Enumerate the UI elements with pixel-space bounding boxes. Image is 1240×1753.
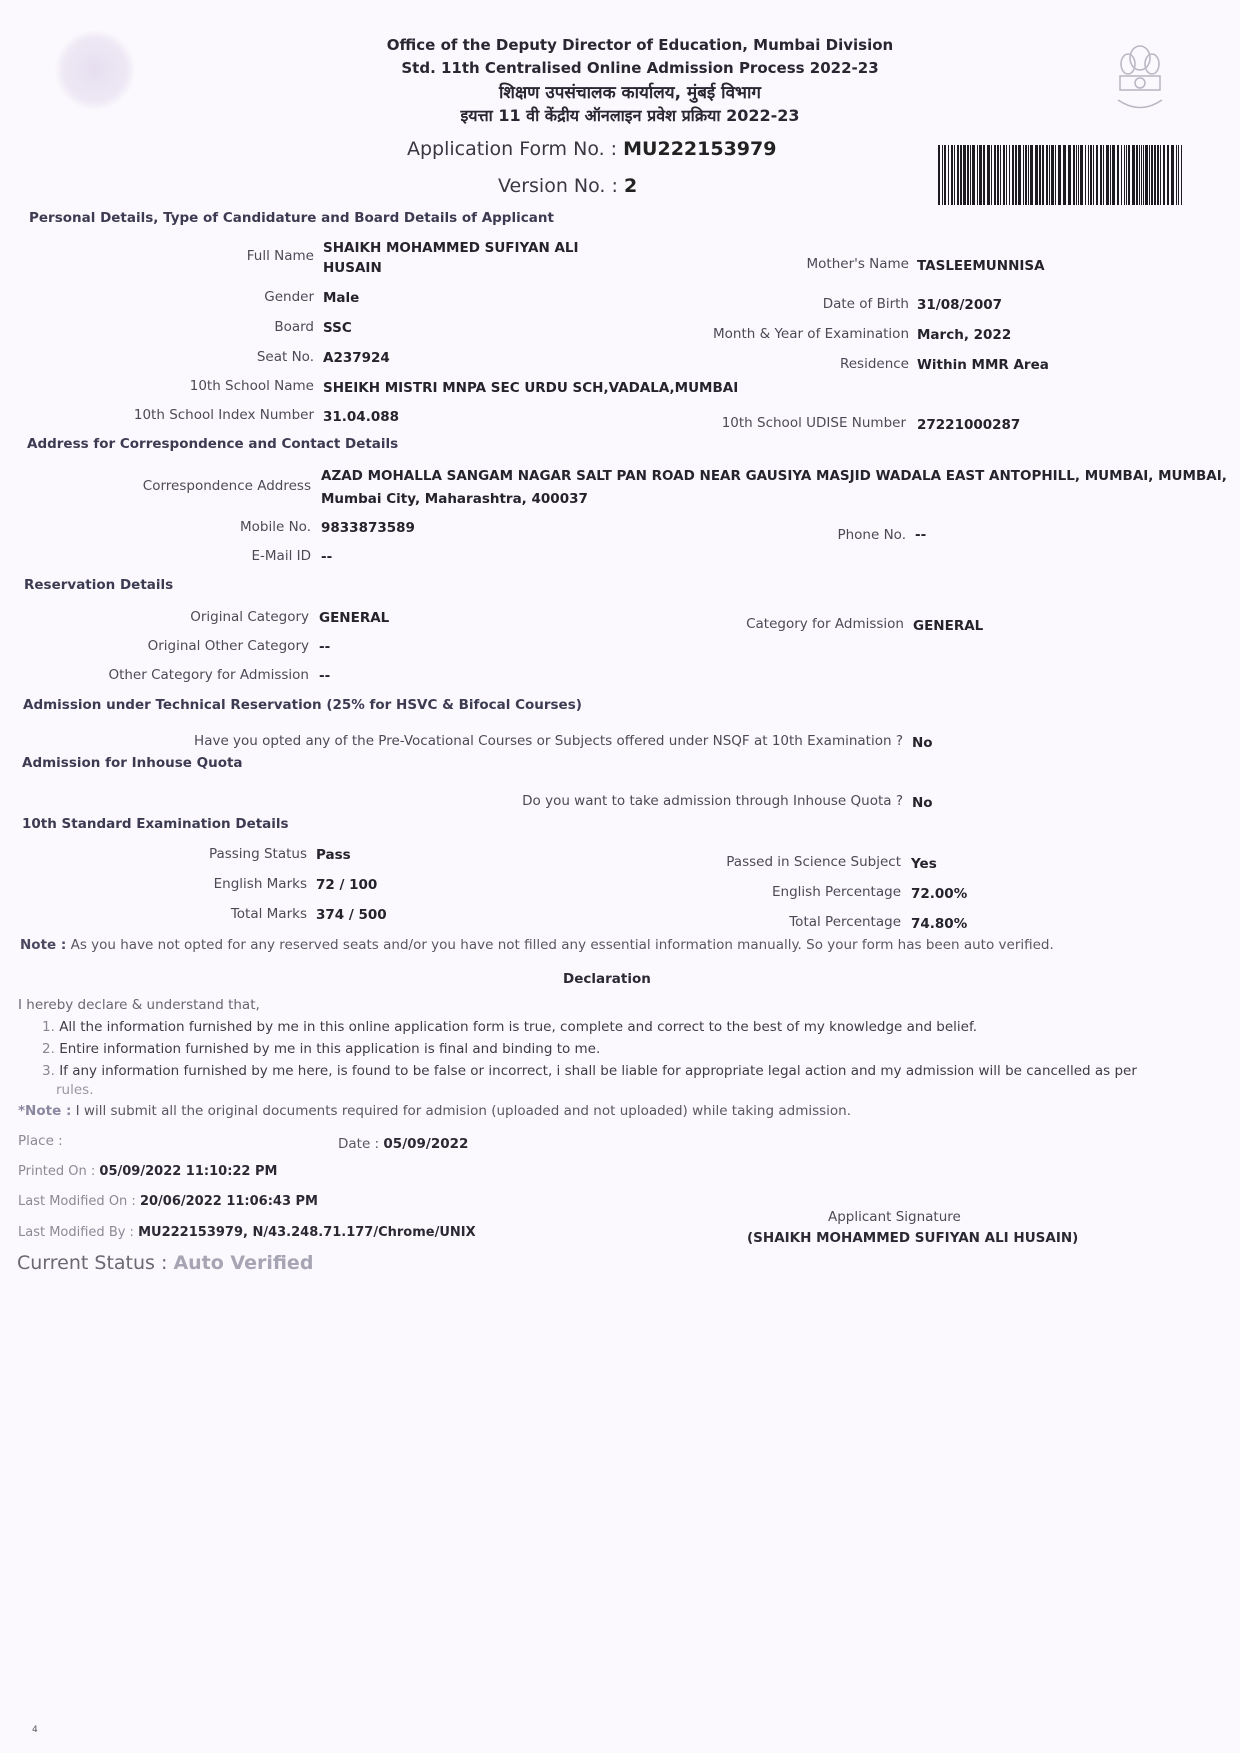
udise-label: 10th School UDISE Number bbox=[722, 415, 906, 431]
inhouse-question: Do you want to take admission through In… bbox=[522, 793, 903, 809]
item-number: 3. bbox=[42, 1063, 55, 1079]
passing-status-label: Passing Status bbox=[209, 846, 307, 862]
mobile-value: 9833873589 bbox=[321, 520, 415, 536]
school-name-label: 10th School Name bbox=[190, 378, 314, 394]
declaration-title: Declaration bbox=[563, 971, 651, 987]
form-no-value: MU222153979 bbox=[623, 138, 776, 160]
office-title-marathi: शिक्षण उपसंचालक कार्यालय, मुंबई विभाग bbox=[10, 80, 1240, 103]
full-name-line2: HUSAIN bbox=[323, 260, 382, 276]
school-index-value: 31.04.088 bbox=[323, 409, 399, 425]
date-value: 05/09/2022 bbox=[383, 1136, 468, 1152]
phone-label: Phone No. bbox=[837, 527, 906, 543]
total-percentage-value: 74.80% bbox=[911, 916, 967, 932]
last-modified-on-value: 20/06/2022 11:06:43 PM bbox=[140, 1194, 318, 1209]
last-modified-on-label: Last Modified On : bbox=[18, 1194, 136, 1209]
note-label: Note : bbox=[20, 937, 66, 953]
item-text: All the information furnished by me in t… bbox=[59, 1019, 977, 1035]
applicant-signature-name: (SHAIKH MOHAMMED SUFIYAN ALI HUSAIN) bbox=[747, 1230, 1078, 1246]
version-value: 2 bbox=[624, 175, 637, 197]
board-label: Board bbox=[274, 319, 314, 335]
section-technical-reservation: Admission under Technical Reservation (2… bbox=[23, 697, 582, 713]
declaration-intro: I hereby declare & understand that, bbox=[18, 997, 260, 1013]
correspondence-address-label: Correspondence Address bbox=[143, 478, 311, 494]
process-title-marathi: इयत्ता 11 वी केंद्रीय ऑनलाइन प्रवेश प्रक… bbox=[10, 104, 1240, 126]
mobile-label: Mobile No. bbox=[240, 519, 311, 535]
note-text: As you have not opted for any reserved s… bbox=[71, 937, 1054, 953]
version-label: Version No. : bbox=[498, 175, 618, 197]
english-marks-value: 72 / 100 bbox=[316, 877, 377, 893]
place-field: Place : bbox=[18, 1133, 63, 1149]
other-category-admission-value: -- bbox=[319, 668, 330, 684]
english-percentage-label: English Percentage bbox=[772, 884, 901, 900]
item-number: 1. bbox=[42, 1019, 55, 1035]
date-label: Date : bbox=[338, 1136, 379, 1152]
other-category-admission-label: Other Category for Admission bbox=[108, 667, 309, 683]
current-status-label: Current Status : bbox=[17, 1252, 167, 1274]
section-address: Address for Correspondence and Contact D… bbox=[27, 436, 398, 452]
mother-name-value: TASLEEMUNNISA bbox=[917, 258, 1045, 274]
item-number: 2. bbox=[42, 1041, 55, 1057]
printed-on-value: 05/09/2022 11:10:22 PM bbox=[99, 1164, 277, 1179]
original-other-category-label: Original Other Category bbox=[148, 638, 309, 654]
total-percentage-label: Total Percentage bbox=[789, 914, 901, 930]
phone-value: -- bbox=[915, 527, 926, 543]
seat-no-value: A237924 bbox=[323, 350, 390, 366]
full-name-label: Full Name bbox=[247, 248, 314, 264]
page-marker: 4 bbox=[32, 1725, 38, 1735]
correspondence-address-line2: Mumbai City, Maharashtra, 400037 bbox=[321, 491, 588, 507]
udise-value: 27221000287 bbox=[917, 417, 1020, 433]
gender-label: Gender bbox=[264, 289, 314, 305]
applicant-signature-label: Applicant Signature bbox=[828, 1209, 961, 1225]
school-index-label: 10th School Index Number bbox=[134, 407, 314, 423]
last-modified-by-value: MU222153979, N/43.248.71.177/Chrome/UNIX bbox=[138, 1225, 476, 1240]
nsqf-answer: No bbox=[912, 735, 933, 751]
documents-note-label: *Note : bbox=[18, 1103, 71, 1119]
last-modified-by-label: Last Modified By : bbox=[18, 1225, 134, 1240]
gender-value: Male bbox=[323, 290, 359, 306]
dob-label: Date of Birth bbox=[823, 296, 909, 312]
science-label: Passed in Science Subject bbox=[726, 854, 901, 870]
item-text: Entire information furnished by me in th… bbox=[59, 1041, 600, 1057]
documents-note-text: I will submit all the original documents… bbox=[76, 1103, 851, 1119]
office-title: Office of the Deputy Director of Educati… bbox=[20, 36, 1240, 54]
science-value: Yes bbox=[911, 856, 937, 872]
item-text: If any information furnished by me here,… bbox=[59, 1063, 1137, 1079]
process-title: Std. 11th Centralised Online Admission P… bbox=[20, 59, 1240, 77]
seat-no-label: Seat No. bbox=[257, 349, 314, 365]
current-status: Current Status : Auto Verified bbox=[17, 1252, 313, 1274]
declaration-item-3-continued: rules. bbox=[56, 1082, 94, 1098]
section-inhouse-quota: Admission for Inhouse Quota bbox=[22, 755, 243, 771]
exam-month-label: Month & Year of Examination bbox=[713, 326, 909, 342]
application-form-number: Application Form No. : MU222153979 bbox=[407, 138, 776, 160]
declaration-item-1: 1. All the information furnished by me i… bbox=[42, 1019, 977, 1035]
category-admission-value: GENERAL bbox=[913, 618, 983, 634]
place-label: Place : bbox=[18, 1133, 63, 1149]
printed-on-label: Printed On : bbox=[18, 1164, 95, 1179]
email-value: -- bbox=[321, 549, 332, 565]
section-reservation: Reservation Details bbox=[24, 577, 173, 593]
correspondence-address-line1: AZAD MOHALLA SANGAM NAGAR SALT PAN ROAD … bbox=[321, 468, 1227, 484]
form-no-label: Application Form No. : bbox=[407, 138, 617, 160]
declaration-item-2: 2. Entire information furnished by me in… bbox=[42, 1041, 600, 1057]
full-name-line1: SHAIKH MOHAMMED SUFIYAN ALI bbox=[323, 240, 579, 256]
mother-name-label: Mother's Name bbox=[807, 256, 909, 272]
nsqf-question: Have you opted any of the Pre-Vocational… bbox=[194, 733, 903, 749]
dob-value: 31/08/2007 bbox=[917, 297, 1002, 313]
documents-note: *Note : I will submit all the original d… bbox=[18, 1103, 851, 1119]
exam-month-value: March, 2022 bbox=[917, 327, 1011, 343]
section-exam-details: 10th Standard Examination Details bbox=[22, 816, 289, 832]
inhouse-answer: No bbox=[912, 795, 933, 811]
residence-value: Within MMR Area bbox=[917, 357, 1049, 373]
school-name-value: SHEIKH MISTRI MNPA SEC URDU SCH,VADALA,M… bbox=[323, 380, 738, 396]
passing-status-value: Pass bbox=[316, 847, 351, 863]
category-admission-label: Category for Admission bbox=[746, 616, 904, 632]
residence-label: Residence bbox=[840, 356, 909, 372]
english-marks-label: English Marks bbox=[214, 876, 307, 892]
email-label: E-Mail ID bbox=[252, 548, 312, 564]
original-category-value: GENERAL bbox=[319, 610, 389, 626]
barcode-icon bbox=[938, 145, 1183, 205]
current-status-value: Auto Verified bbox=[173, 1252, 313, 1274]
original-other-category-value: -- bbox=[319, 639, 330, 655]
original-category-label: Original Category bbox=[190, 609, 309, 625]
last-modified-by: Last Modified By : MU222153979, N/43.248… bbox=[18, 1225, 476, 1240]
date-field: Date : 05/09/2022 bbox=[338, 1136, 468, 1152]
total-marks-label: Total Marks bbox=[231, 906, 307, 922]
english-percentage-value: 72.00% bbox=[911, 886, 967, 902]
section-personal-details: Personal Details, Type of Candidature an… bbox=[29, 210, 554, 226]
auto-verified-note: Note : As you have not opted for any res… bbox=[20, 937, 1054, 953]
total-marks-value: 374 / 500 bbox=[316, 907, 387, 923]
last-modified-on: Last Modified On : 20/06/2022 11:06:43 P… bbox=[18, 1194, 318, 1209]
board-value: SSC bbox=[323, 320, 352, 336]
version-number: Version No. : 2 bbox=[498, 175, 637, 197]
declaration-item-3: 3. If any information furnished by me he… bbox=[42, 1063, 1137, 1079]
printed-on: Printed On : 05/09/2022 11:10:22 PM bbox=[18, 1164, 277, 1179]
